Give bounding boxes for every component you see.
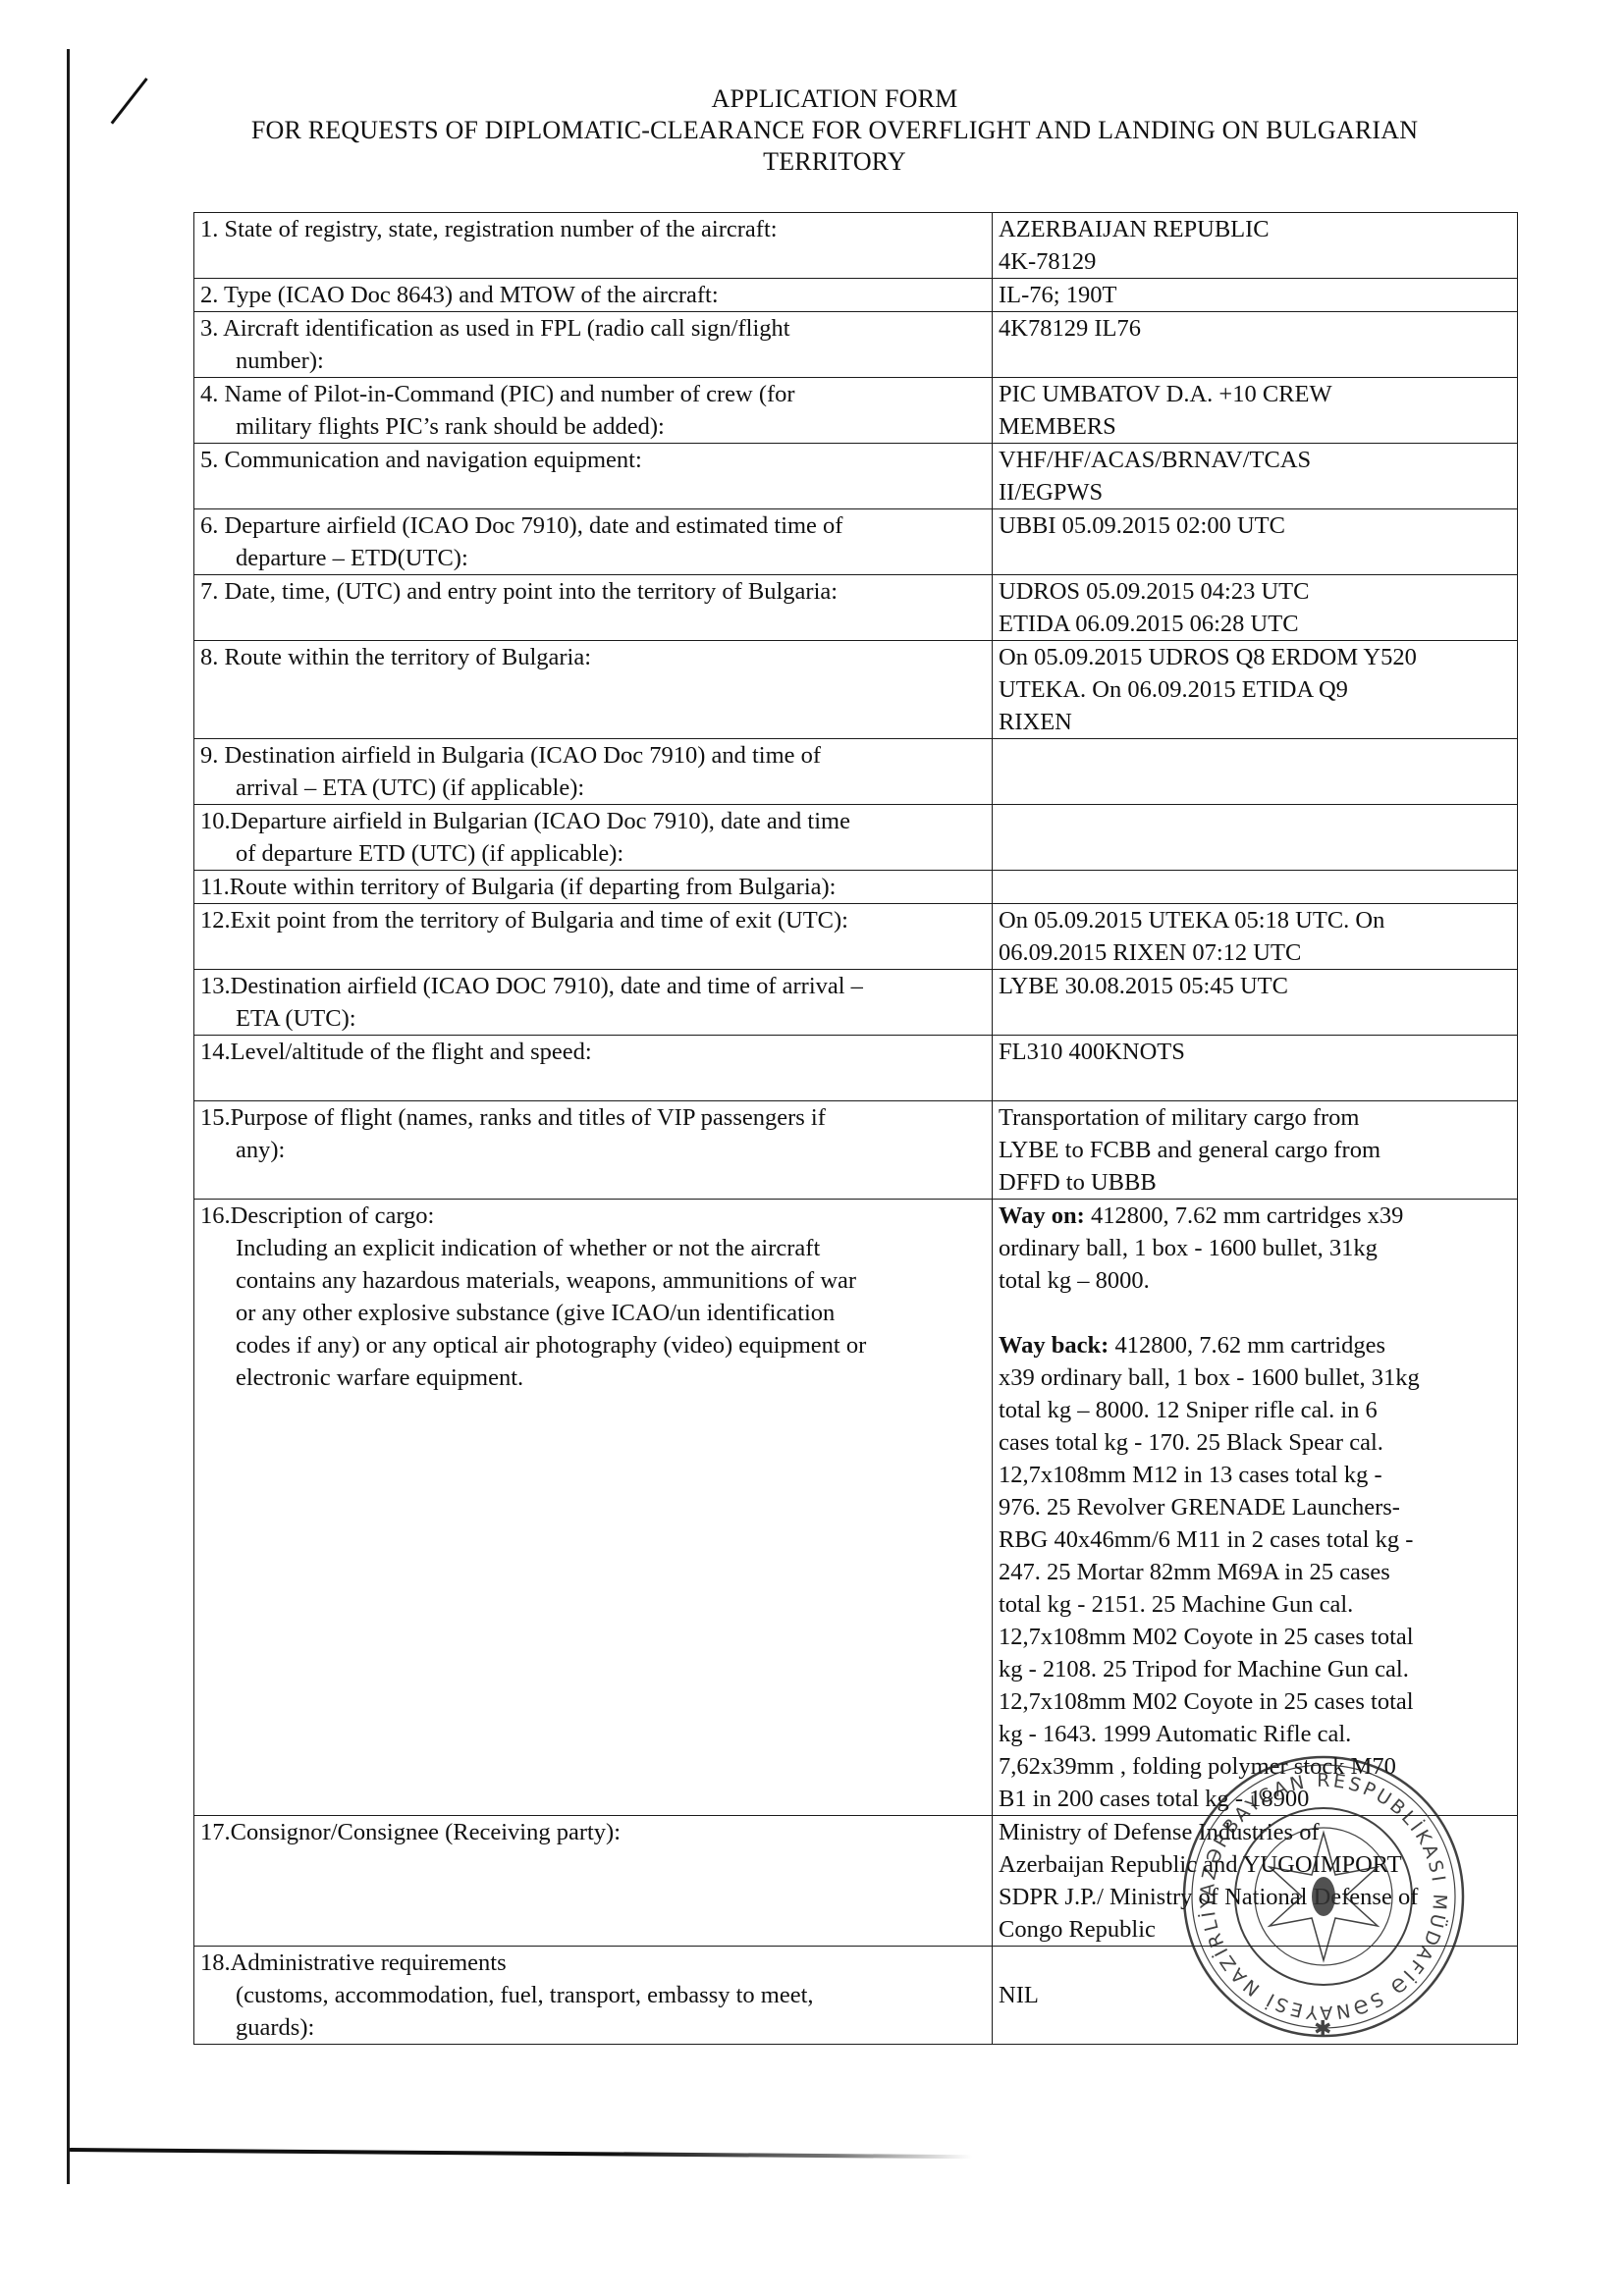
answer-text: B1 in 200 cases total kg - 18900 [999,1783,1511,1815]
answer-text: Way on: 412800, 7.62 mm cartridges x39 [999,1200,1511,1232]
answer-text: 412800, 7.62 mm cartridges x39 [1085,1202,1404,1229]
form-row: 2. Type (ICAO Doc 8643) and MTOW of the … [194,279,1518,312]
answer-cell: Ministry of Defense Industries ofAzerbai… [993,1816,1518,1947]
question-text: ETA (UTC): [200,1002,986,1035]
answer-text: NIL [999,1979,1511,2011]
question-text: arrival – ETA (UTC) (if applicable): [200,772,986,804]
question-cell: 11.Route within territory of Bulgaria (i… [194,871,993,904]
question-cell: 17.Consignor/Consignee (Receiving party)… [194,1816,993,1947]
answer-text: Transportation of military cargo from [999,1101,1511,1134]
question-cell: 4. Name of Pilot-in-Command (PIC) and nu… [194,378,993,444]
answer-text: total kg – 8000. [999,1264,1511,1297]
question-text: 10.Departure airfield in Bulgarian (ICAO… [200,805,986,837]
answer-cell: On 05.09.2015 UTEKA 05:18 UTC. On06.09.2… [993,904,1518,970]
answer-text: FL310 400KNOTS [999,1036,1511,1068]
pen-check-mark [111,78,148,125]
question-text: guards): [200,2011,986,2044]
question-text: 12.Exit point from the territory of Bulg… [200,904,986,936]
question-text: 4. Name of Pilot-in-Command (PIC) and nu… [200,378,986,410]
question-cell: 5. Communication and navigation equipmen… [194,444,993,509]
answer-cell: NIL [993,1947,1518,2045]
answer-cell: VHF/HF/ACAS/BRNAV/TCASII/EGPWS [993,444,1518,509]
form-row: 18.Administrative requirements(customs, … [194,1947,1518,2045]
answer-text: 06.09.2015 RIXEN 07:12 UTC [999,936,1511,969]
answer-text: 976. 25 Revolver GRENADE Launchers- [999,1491,1511,1523]
question-cell: 6. Departure airfield (ICAO Doc 7910), d… [194,509,993,575]
answer-cell: Way on: 412800, 7.62 mm cartridges x39or… [993,1200,1518,1816]
form-row: 7. Date, time, (UTC) and entry point int… [194,575,1518,641]
answer-cell: UDROS 05.09.2015 04:23 UTCETIDA 06.09.20… [993,575,1518,641]
answer-text: PIC UMBATOV D.A. +10 CREW [999,378,1511,410]
answer-text: total kg - 2151. 25 Machine Gun cal. [999,1588,1511,1621]
question-cell: 9. Destination airfield in Bulgaria (ICA… [194,739,993,805]
question-text: 18.Administrative requirements [200,1947,986,1979]
answer-text: MEMBERS [999,410,1511,443]
answer-text: IL-76; 190T [999,279,1511,311]
form-row: 5. Communication and navigation equipmen… [194,444,1518,509]
answer-cell: LYBE 30.08.2015 05:45 UTC [993,970,1518,1036]
answer-cell: PIC UMBATOV D.A. +10 CREWMEMBERS [993,378,1518,444]
answer-text: kg - 2108. 25 Tripod for Machine Gun cal… [999,1653,1511,1685]
answer-cell [993,871,1518,904]
answer-text: ETIDA 06.09.2015 06:28 UTC [999,608,1511,640]
answer-text: 4K-78129 [999,245,1511,278]
clearance-form-table: 1. State of registry, state, registratio… [193,212,1518,2045]
answer-text: UTEKA. On 06.09.2015 ETIDA Q9 [999,673,1511,706]
answer-text: LYBE 30.08.2015 05:45 UTC [999,970,1511,1002]
question-text: (customs, accommodation, fuel, transport… [200,1979,986,2011]
form-row: 16.Description of cargo:Including an exp… [194,1200,1518,1816]
form-row: 12.Exit point from the territory of Bulg… [194,904,1518,970]
question-text: or any other explosive substance (give I… [200,1297,986,1329]
form-row: 9. Destination airfield in Bulgaria (ICA… [194,739,1518,805]
answer-text: DFFD to UBBB [999,1166,1511,1199]
answer-cell: UBBI 05.09.2015 02:00 UTC [993,509,1518,575]
question-text: 3. Aircraft identification as used in FP… [200,312,986,345]
answer-cell [993,805,1518,871]
question-cell: 1. State of registry, state, registratio… [194,213,993,279]
question-text: contains any hazardous materials, weapon… [200,1264,986,1297]
answer-text: 12,7x108mm M12 in 13 cases total kg - [999,1459,1511,1491]
form-row: 6. Departure airfield (ICAO Doc 7910), d… [194,509,1518,575]
question-text: Including an explicit indication of whet… [200,1232,986,1264]
question-text [200,1068,986,1100]
question-cell: 3. Aircraft identification as used in FP… [194,312,993,378]
question-text: of departure ETD (UTC) (if applicable): [200,837,986,870]
form-row: 4. Name of Pilot-in-Command (PIC) and nu… [194,378,1518,444]
question-cell: 7. Date, time, (UTC) and entry point int… [194,575,993,641]
scan-border-left [67,49,70,2184]
form-subtitle: FOR REQUESTS OF DIPLOMATIC-CLEARANCE FOR… [147,115,1522,146]
question-text: military flights PIC’s rank should be ad… [200,410,986,443]
question-text: 13.Destination airfield (ICAO DOC 7910),… [200,970,986,1002]
answer-cell: Transportation of military cargo fromLYB… [993,1101,1518,1200]
answer-text [999,1947,1511,1979]
question-cell: 18.Administrative requirements(customs, … [194,1947,993,2045]
question-text: 1. State of registry, state, registratio… [200,213,986,245]
form-row: 10.Departure airfield in Bulgarian (ICAO… [194,805,1518,871]
question-text: departure – ETD(UTC): [200,542,986,574]
question-cell: 12.Exit point from the territory of Bulg… [194,904,993,970]
answer-text: x39 ordinary ball, 1 box - 1600 bullet, … [999,1362,1511,1394]
answer-text: 247. 25 Mortar 82mm M69A in 25 cases [999,1556,1511,1588]
answer-text: 412800, 7.62 mm cartridges [1109,1332,1385,1359]
answer-text: Ministry of Defense Industries of [999,1816,1511,1848]
answer-text: cases total kg - 170. 25 Black Spear cal… [999,1426,1511,1459]
form-row: 13.Destination airfield (ICAO DOC 7910),… [194,970,1518,1036]
answer-text: AZERBAIJAN REPUBLIC [999,213,1511,245]
form-row: 8. Route within the territory of Bulgari… [194,641,1518,739]
question-text: 7. Date, time, (UTC) and entry point int… [200,575,986,608]
answer-label: Way back: [999,1332,1109,1359]
answer-text: II/EGPWS [999,476,1511,508]
answer-text: RIXEN [999,706,1511,738]
question-text: 17.Consignor/Consignee (Receiving party)… [200,1816,986,1848]
answer-text: UBBI 05.09.2015 02:00 UTC [999,509,1511,542]
question-text: 15.Purpose of flight (names, ranks and t… [200,1101,986,1134]
answer-text: Congo Republic [999,1913,1511,1946]
form-subtitle-continued: TERRITORY [147,146,1522,178]
scan-border-bottom [69,2148,972,2159]
question-text: electronic warfare equipment. [200,1362,986,1394]
answer-cell: IL-76; 190T [993,279,1518,312]
answer-text: kg - 1643. 1999 Automatic Rifle cal. [999,1718,1511,1750]
answer-text: ordinary ball, 1 box - 1600 bullet, 31kg [999,1232,1511,1264]
question-cell: 16.Description of cargo:Including an exp… [194,1200,993,1816]
answer-cell: AZERBAIJAN REPUBLIC4K-78129 [993,213,1518,279]
question-cell: 14.Level/altitude of the flight and spee… [194,1036,993,1101]
answer-text: Way back: 412800, 7.62 mm cartridges [999,1329,1511,1362]
answer-cell [993,739,1518,805]
answer-text: Azerbaijan Republic and YUGOIMPORT [999,1848,1511,1881]
answer-text: LYBE to FCBB and general cargo from [999,1134,1511,1166]
question-text: 9. Destination airfield in Bulgaria (ICA… [200,739,986,772]
spacer [999,1297,1511,1329]
answer-text: SDPR J.P./ Ministry of National Defense … [999,1881,1511,1913]
form-row: 3. Aircraft identification as used in FP… [194,312,1518,378]
answer-text: 12,7x108mm M02 Coyote in 25 cases total [999,1685,1511,1718]
form-title: APPLICATION FORM [147,83,1522,115]
answer-text: RBG 40x46mm/6 M11 in 2 cases total kg - [999,1523,1511,1556]
form-row: 14.Level/altitude of the flight and spee… [194,1036,1518,1101]
answer-text: total kg – 8000. 12 Sniper rifle cal. in… [999,1394,1511,1426]
question-text: 11.Route within territory of Bulgaria (i… [200,871,986,903]
question-cell: 10.Departure airfield in Bulgarian (ICAO… [194,805,993,871]
answer-label: Way on: [999,1202,1085,1229]
question-text: number): [200,345,986,377]
question-cell: 8. Route within the territory of Bulgari… [194,641,993,739]
answer-cell: FL310 400KNOTS [993,1036,1518,1101]
document-header: APPLICATION FORM FOR REQUESTS OF DIPLOMA… [147,83,1522,178]
question-cell: 2. Type (ICAO Doc 8643) and MTOW of the … [194,279,993,312]
answer-text: On 05.09.2015 UDROS Q8 ERDOM Y520 [999,641,1511,673]
question-text: 16.Description of cargo: [200,1200,986,1232]
answer-cell: On 05.09.2015 UDROS Q8 ERDOM Y520UTEKA. … [993,641,1518,739]
form-row: 17.Consignor/Consignee (Receiving party)… [194,1816,1518,1947]
answer-text: VHF/HF/ACAS/BRNAV/TCAS [999,444,1511,476]
question-text: 6. Departure airfield (ICAO Doc 7910), d… [200,509,986,542]
question-text: any): [200,1134,986,1166]
question-text: 8. Route within the territory of Bulgari… [200,641,986,673]
form-row: 1. State of registry, state, registratio… [194,213,1518,279]
answer-text: On 05.09.2015 UTEKA 05:18 UTC. On [999,904,1511,936]
answer-text: 12,7x108mm M02 Coyote in 25 cases total [999,1621,1511,1653]
answer-text: 7,62x39mm , folding polymer stock M70 [999,1750,1511,1783]
question-text: 2. Type (ICAO Doc 8643) and MTOW of the … [200,279,986,311]
form-row: 15.Purpose of flight (names, ranks and t… [194,1101,1518,1200]
question-text: 14.Level/altitude of the flight and spee… [200,1036,986,1068]
question-text: 5. Communication and navigation equipmen… [200,444,986,476]
form-row: 11.Route within territory of Bulgaria (i… [194,871,1518,904]
question-cell: 15.Purpose of flight (names, ranks and t… [194,1101,993,1200]
question-text: codes if any) or any optical air photogr… [200,1329,986,1362]
answer-text: 4K78129 IL76 [999,312,1511,345]
answer-cell: 4K78129 IL76 [993,312,1518,378]
answer-text: UDROS 05.09.2015 04:23 UTC [999,575,1511,608]
question-cell: 13.Destination airfield (ICAO DOC 7910),… [194,970,993,1036]
